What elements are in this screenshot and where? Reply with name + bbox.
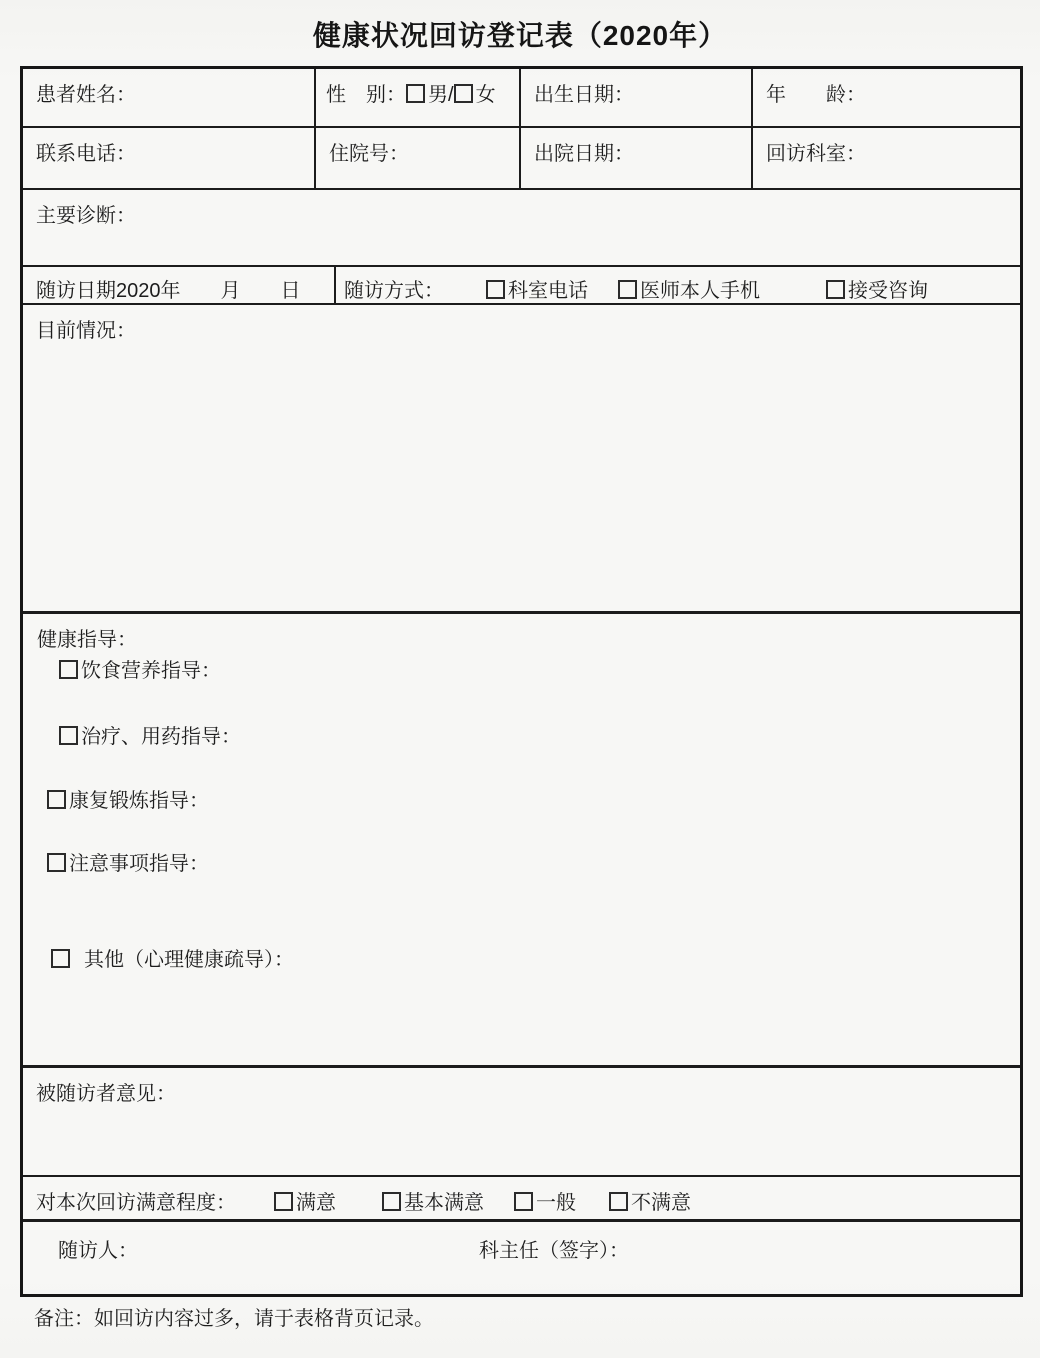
age-field[interactable]: 年 龄： — [753, 69, 1020, 126]
admission-number-field[interactable]: 住院号： — [316, 128, 521, 188]
opinion-field[interactable]: 被随访者意见： — [23, 1068, 1020, 1175]
birth-date-label: 出生日期： — [534, 84, 634, 106]
checkbox-guidance-other[interactable] — [51, 949, 70, 968]
age-label: 年 龄： — [766, 84, 866, 106]
form-title: 健康状况回访登记表（2020年） — [0, 14, 1040, 54]
checkbox-method-consultation[interactable] — [826, 280, 845, 299]
checkbox-basically-satisfied[interactable] — [382, 1192, 401, 1211]
satisfaction-option-average: 一般 — [514, 1186, 576, 1215]
row-followup: 随访日期2020年 月 日 随访方式： 科室电话 医师本人手机 接受咨询 — [23, 265, 1020, 303]
row-patient-info: 患者姓名： 性 别：男/女 出生日期： 年 龄： — [23, 69, 1020, 126]
patient-name-label: 患者姓名： — [36, 84, 136, 106]
guidance-medication-label: 治疗、用药指导： — [81, 726, 241, 748]
average-label: 一般 — [536, 1192, 576, 1214]
row-signature: 随访人： 科主任（签字）： — [23, 1219, 1020, 1294]
checkbox-unsatisfied[interactable] — [609, 1192, 628, 1211]
director-signature-label: 科主任（签字）： — [479, 1234, 629, 1263]
row-contact-info: 联系电话： 住院号： 出院日期： 回访科室： — [23, 126, 1020, 188]
satisfaction-option-unsatisfied: 不满意 — [609, 1186, 691, 1215]
phone-label: 联系电话： — [36, 143, 136, 165]
current-status-label: 目前情况： — [36, 320, 136, 342]
checkbox-method-doctor-mobile[interactable] — [618, 280, 637, 299]
gender-male-label: 男 — [428, 84, 448, 106]
note-text: 备注：如回访内容过多，请于表格背页记录。 — [34, 1302, 434, 1331]
birth-date-field[interactable]: 出生日期： — [521, 69, 753, 126]
row-diagnosis: 主要诊断： — [23, 188, 1020, 265]
checkbox-guidance-rehab[interactable] — [47, 790, 66, 809]
guidance-diet-label: 饮食营养指导： — [81, 660, 221, 682]
method-dept-phone-label: 科室电话 — [508, 280, 588, 302]
followup-method-field: 随访方式： 科室电话 医师本人手机 接受咨询 — [336, 267, 1020, 303]
basically-satisfied-label: 基本满意 — [404, 1192, 484, 1214]
checkbox-method-dept-phone[interactable] — [486, 280, 505, 299]
method-option-consultation: 接受咨询 — [826, 274, 928, 303]
method-consultation-label: 接受咨询 — [848, 280, 928, 302]
satisfaction-option-basically-satisfied: 基本满意 — [382, 1186, 484, 1215]
guidance-other-label: 其他（心理健康疏导）： — [84, 949, 294, 971]
checkbox-average[interactable] — [514, 1192, 533, 1211]
follower-signature-label: 随访人： — [58, 1234, 138, 1263]
followup-date-field[interactable]: 随访日期2020年 月 日 — [23, 267, 336, 303]
row-satisfaction: 对本次回访满意程度： 满意 基本满意 一般 不满意 — [23, 1175, 1020, 1219]
callback-dept-field[interactable]: 回访科室： — [753, 128, 1020, 188]
unsatisfied-label: 不满意 — [631, 1192, 691, 1214]
guidance-item-medication: 治疗、用药指导： — [59, 720, 241, 749]
discharge-date-field[interactable]: 出院日期： — [521, 128, 753, 188]
satisfaction-option-satisfied: 满意 — [274, 1186, 336, 1215]
diagnosis-label: 主要诊断： — [36, 205, 136, 227]
form-page: 健康状况回访登记表（2020年） 患者姓名： 性 别：男/女 出生日期： 年 龄… — [0, 0, 1040, 1358]
satisfaction-label: 对本次回访满意程度： — [36, 1186, 236, 1215]
method-option-dept-phone: 科室电话 — [486, 274, 588, 303]
row-health-guidance: 健康指导： 饮食营养指导： 治疗、用药指导： 康复锻炼指导： 注意事项指导： 其… — [23, 611, 1020, 1065]
guidance-item-precautions: 注意事项指导： — [47, 847, 209, 876]
checkbox-guidance-precautions[interactable] — [47, 853, 66, 872]
phone-field[interactable]: 联系电话： — [23, 128, 316, 188]
checkbox-gender-female[interactable] — [454, 84, 473, 103]
checkbox-gender-male[interactable] — [406, 84, 425, 103]
signature-field[interactable]: 随访人： 科主任（签字）： — [23, 1222, 1020, 1294]
callback-dept-label: 回访科室： — [766, 143, 866, 165]
satisfied-label: 满意 — [296, 1192, 336, 1214]
guidance-precautions-label: 注意事项指导： — [69, 853, 209, 875]
method-doctor-mobile-label: 医师本人手机 — [640, 280, 760, 302]
row-opinion: 被随访者意见： — [23, 1065, 1020, 1175]
patient-name-field[interactable]: 患者姓名： — [23, 69, 316, 126]
gender-label: 性 别： — [326, 84, 406, 106]
diagnosis-field[interactable]: 主要诊断： — [23, 190, 1020, 265]
checkbox-guidance-medication[interactable] — [59, 726, 78, 745]
opinion-label: 被随访者意见： — [36, 1083, 176, 1105]
admission-number-label: 住院号： — [329, 143, 409, 165]
row-current-status: 目前情况： — [23, 303, 1020, 611]
form-table: 患者姓名： 性 别：男/女 出生日期： 年 龄： 联系电话： 住院号： 出院日期… — [20, 66, 1023, 1297]
health-guidance-label: 健康指导： — [37, 623, 137, 652]
gender-female-label: 女 — [476, 84, 496, 106]
discharge-date-label: 出院日期： — [534, 143, 634, 165]
guidance-rehab-label: 康复锻炼指导： — [69, 790, 209, 812]
gender-field: 性 别：男/女 — [316, 69, 521, 126]
guidance-item-other: 其他（心理健康疏导）： — [51, 943, 294, 972]
followup-date-label: 随访日期2020年 月 日 — [36, 280, 301, 302]
guidance-item-rehab: 康复锻炼指导： — [47, 784, 209, 813]
checkbox-guidance-diet[interactable] — [59, 660, 78, 679]
guidance-item-diet: 饮食营养指导： — [59, 654, 221, 683]
method-option-doctor-mobile: 医师本人手机 — [618, 274, 760, 303]
current-status-field[interactable]: 目前情况： — [23, 305, 1020, 611]
followup-method-label: 随访方式： — [344, 274, 444, 303]
checkbox-satisfied[interactable] — [274, 1192, 293, 1211]
health-guidance-field: 健康指导： 饮食营养指导： 治疗、用药指导： 康复锻炼指导： 注意事项指导： 其… — [23, 614, 1020, 1065]
